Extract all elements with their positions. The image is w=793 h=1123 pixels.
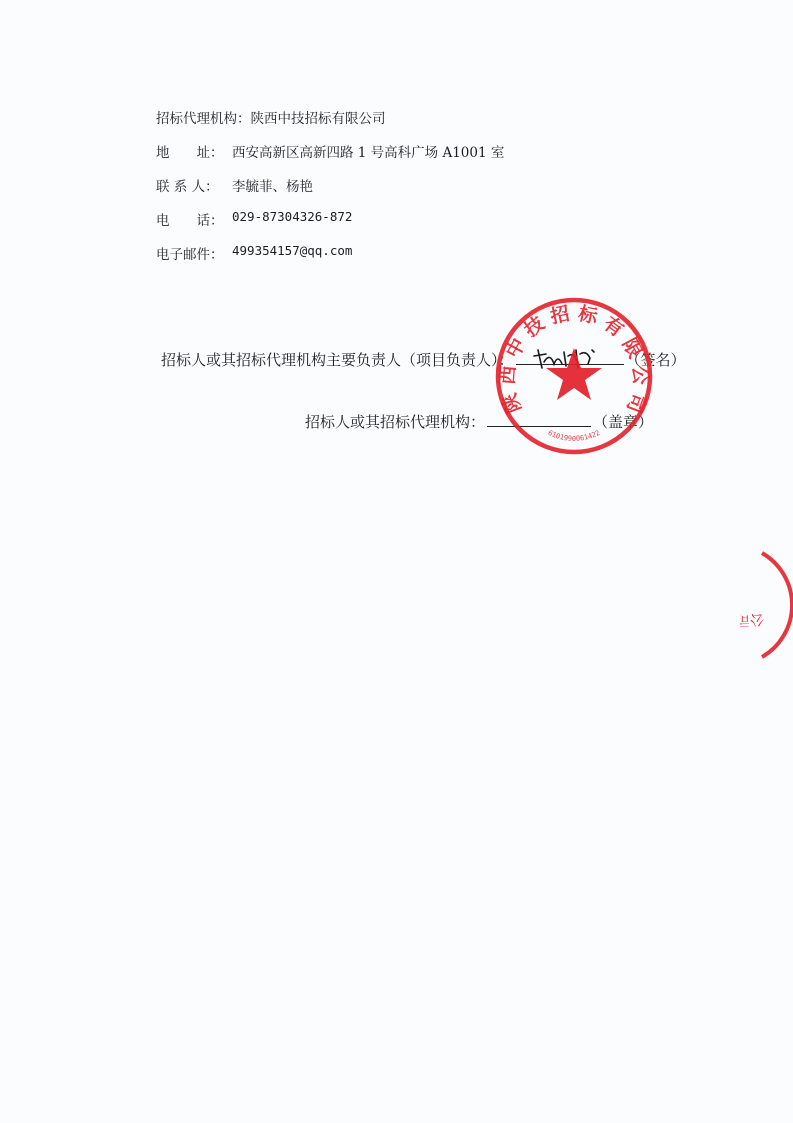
- document-page: 招标代理机构： 陕西中技招标有限公司 地 址： 西安高新区高新四路 1 号高科广…: [0, 0, 793, 1123]
- star-icon: [546, 348, 602, 400]
- contacts-value: 李毓菲、杨艳: [232, 175, 313, 195]
- organization-label: 招标人或其招标代理机构：: [305, 411, 485, 432]
- agency-label: 招标代理机构：: [156, 107, 251, 127]
- company-seal-stamp: 陕 西 中 技 招 标 有 限 公 司 6101990061422: [494, 296, 654, 456]
- address-value: 西安高新区高新四路 1 号高科广场 A1001 室: [232, 141, 504, 161]
- email-row: 电子邮件： 499354157@qq.com: [156, 243, 352, 263]
- address-label: 地 址：: [156, 141, 232, 161]
- agency-row: 招标代理机构： 陕西中技招标有限公司: [156, 107, 386, 127]
- stamp-serial: 6101990061422: [547, 429, 602, 443]
- email-label: 电子邮件：: [156, 243, 232, 263]
- phone-label: 电 话：: [156, 209, 232, 229]
- phone-value: 029-87304326-872: [232, 209, 352, 229]
- agency-value: 陕西中技招标有限公司: [251, 107, 386, 127]
- seam-stamp-text: 公司: [740, 611, 764, 627]
- seam-stamp-fragment: 公司: [740, 545, 793, 665]
- phone-row: 电 话： 029-87304326-872: [156, 209, 352, 229]
- email-value: 499354157@qq.com: [232, 243, 352, 263]
- address-row: 地 址： 西安高新区高新四路 1 号高科广场 A1001 室: [156, 141, 504, 161]
- contacts-label: 联 系 人：: [156, 175, 232, 195]
- responsible-person-label: 招标人或其招标代理机构主要负责人（项目负责人）：: [161, 349, 514, 370]
- contacts-row: 联 系 人： 李毓菲、杨艳: [156, 175, 313, 195]
